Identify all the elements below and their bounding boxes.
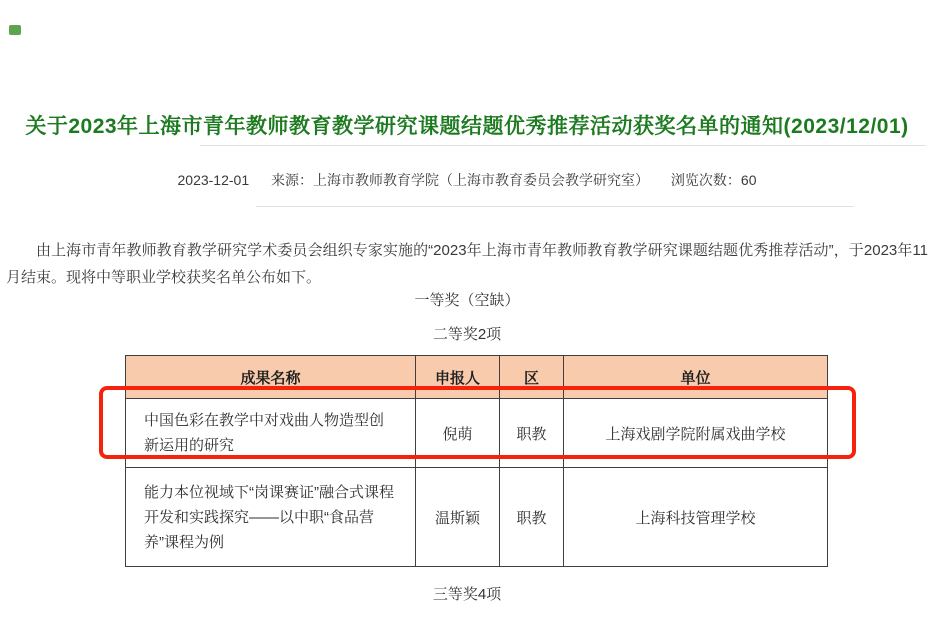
table-row: 中国色彩在教学中对戏曲人物造型创新运用的研究 倪萌 职教 上海戏剧学院附属戏曲学…	[126, 399, 828, 468]
award-level-second: 二等奖2项	[0, 323, 934, 344]
cell-unit: 上海戏剧学院附属戏曲学校	[564, 399, 828, 468]
page-title: 关于2023年上海市青年教师教育教学研究课题结题优秀推荐活动获奖名单的通知(20…	[0, 110, 934, 140]
col-header-applicant: 申报人	[416, 356, 500, 399]
cell-achievement: 能力本位视域下“岗课赛证”融合式课程开发和实践探究——以中职“食品营养”课程为例	[126, 468, 416, 567]
view-count: 浏览次数：60	[671, 172, 757, 188]
intro-paragraph: 由上海市青年教师教育教学研究学术委员会组织专家实施的“2023年上海市青年教师教…	[6, 237, 928, 291]
notice-page: 关于2023年上海市青年教师教育教学研究课题结题优秀推荐活动获奖名单的通知(20…	[0, 0, 934, 637]
source-label: 来源：上海市教师教育学院（上海市教育委员会教学研究室）	[271, 172, 649, 188]
cell-applicant: 温斯颖	[416, 468, 500, 567]
green-marker-icon	[9, 25, 21, 35]
divider-bottom	[256, 206, 854, 207]
table-row: 能力本位视域下“岗课赛证”融合式课程开发和实践探究——以中职“食品营养”课程为例…	[126, 468, 828, 567]
cell-unit: 上海科技管理学校	[564, 468, 828, 567]
cell-achievement: 中国色彩在教学中对戏曲人物造型创新运用的研究	[126, 399, 416, 468]
col-header-district: 区	[500, 356, 564, 399]
award-table: 成果名称 申报人 区 单位 中国色彩在教学中对戏曲人物造型创新运用的研究 倪萌 …	[125, 355, 828, 567]
col-header-achievement: 成果名称	[126, 356, 416, 399]
award-level-first: 一等奖（空缺）	[0, 289, 934, 310]
publish-date: 2023-12-01	[178, 172, 250, 188]
table-header-row: 成果名称 申报人 区 单位	[126, 356, 828, 399]
award-level-third: 三等奖4项	[0, 583, 934, 604]
meta-line: 2023-12-01 来源：上海市教师教育学院（上海市教育委员会教学研究室） 浏…	[0, 170, 934, 190]
cell-district: 职教	[500, 468, 564, 567]
cell-district: 职教	[500, 399, 564, 468]
col-header-unit: 单位	[564, 356, 828, 399]
cell-applicant: 倪萌	[416, 399, 500, 468]
divider-top	[200, 145, 926, 146]
